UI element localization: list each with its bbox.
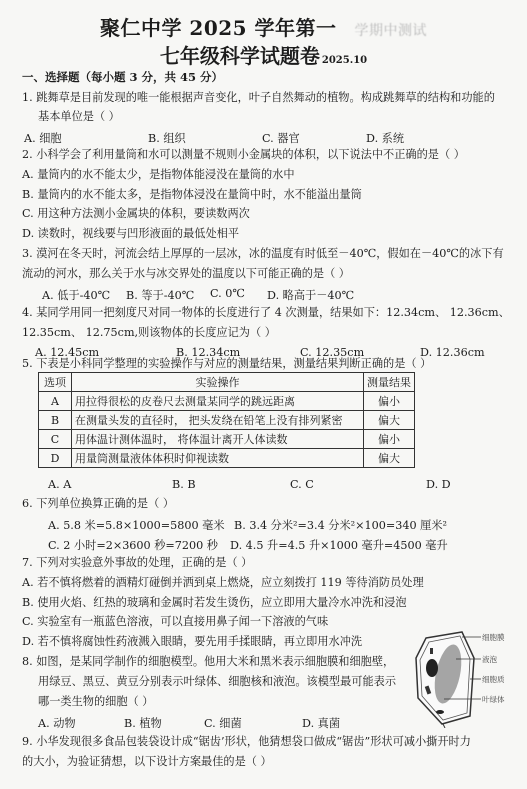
q8-option-b[interactable]: B. 植物 <box>124 715 162 731</box>
q2-option-a[interactable]: A. 量筒内的水不能太少，是指物体能浸没在量筒的水中 <box>22 168 295 182</box>
q5-option-d[interactable]: D. D <box>426 478 451 491</box>
col-header-option: 选项 <box>39 373 72 392</box>
row-result: 偏小 <box>364 392 415 411</box>
exam-title-line1: 聚仁中学 2025 学年第一学期中测试 <box>0 12 527 41</box>
q3-option-a[interactable]: A. 低于-40℃ <box>42 287 110 303</box>
q3-stem-line2: 流动的河水，那么关于水与冰交界处的温度以下可能正确的是（ ） <box>22 267 350 281</box>
q7-option-b[interactable]: B. 使用火焰、红热的玻璃和金属时若发生烫伤，应立即用大量冷水冲洗和浸泡 <box>22 596 407 610</box>
q5-option-a[interactable]: A. A <box>48 478 71 491</box>
row-option: D <box>39 449 72 468</box>
q1-stem-line2: 基本单位是（ ） <box>38 110 120 124</box>
row-option: A <box>39 392 72 411</box>
q2-option-b[interactable]: B. 量筒内的水不能太多，是指物体浸没在量筒中时，水不能溢出量筒 <box>22 188 362 202</box>
row-operation: 用量筒测量液体体积时仰视读数 <box>72 449 364 468</box>
q6-option-b[interactable]: B. 3.4 分米²=3.4 分米²×100=340 厘米² <box>234 517 447 533</box>
exam-date: 2025.10 <box>322 55 367 66</box>
q8-option-d[interactable]: D. 真菌 <box>302 715 340 731</box>
q8-stem-line3: 哪一类生物的细胞（ ） <box>38 695 153 709</box>
q1-option-b[interactable]: B. 组织 <box>148 130 186 146</box>
q4-stem-line2: 12.35cm、 12.75cm,则该物体的长度应记为（ ） <box>22 326 276 340</box>
row-option: B <box>39 411 72 430</box>
q8-stem-line1: 8. 如图，是某同学制作的细胞模型。他用大米和黑米表示细胞膜和细胞壁， <box>22 655 394 669</box>
label-leader-lines <box>412 628 492 728</box>
q9-stem-line1: 9. 小华发现很多食品包装袋设计成“锯齿’形状，他猜想袋口做成“锯齿”形状可减小… <box>22 735 471 749</box>
row-result: 偏小 <box>364 430 415 449</box>
q5-stem: 5. 下表是小科同学整理的实验操作与对应的测量结果，测量结果判断正确的是（ ） <box>22 357 431 371</box>
q4-stem-line1: 4. 某同学用同一把刻度尺对同一物体的长度进行了 4 次测量，结果如下：12.3… <box>22 306 510 320</box>
exam-subject-title: 七年级科学试题卷 <box>160 44 320 68</box>
q5-option-c[interactable]: C. C <box>290 478 314 491</box>
table-row: D 用量筒测量液体体积时仰视读数 偏大 <box>39 449 415 468</box>
q1-option-c[interactable]: C. 器官 <box>262 130 300 146</box>
q2-option-d[interactable]: D. 读数时，视线要与凹形液面的最低处相平 <box>22 227 239 241</box>
q5-option-b[interactable]: B. B <box>172 478 196 491</box>
q8-option-a[interactable]: A. 动物 <box>38 715 76 731</box>
q3-option-b[interactable]: B. 等于-40℃ <box>126 287 194 303</box>
school-year-title: 聚仁中学 2025 学年第一 <box>100 16 337 40</box>
q1-option-d[interactable]: D. 系统 <box>366 130 404 146</box>
q3-stem-line1: 3. 漠河在冬天时，河流会结上厚厚的一层冰，冰的温度有时低至－40℃，假如在－4… <box>22 247 504 261</box>
q1-stem-line1: 1. 跳舞草是目前发现的唯一能根据声音变化，叶子自然舞动的植物。构成跳舞草的结构… <box>22 91 495 105</box>
col-header-operation: 实验操作 <box>72 373 364 392</box>
q7-option-d[interactable]: D. 若不慎将腐蚀性药液溅入眼睛，要先用手揉眼睛，再立即用水冲洗 <box>22 635 362 649</box>
plant-cell-diagram: 细胞膜 液泡 细胞质 叶绿体 <box>412 628 527 728</box>
q2-option-c[interactable]: C. 用这种方法测小金属块的体积，要读数两次 <box>22 207 250 221</box>
row-operation: 在测量头发的直径时， 把头发绕在铅笔上没有排列紧密 <box>72 411 364 430</box>
q6-option-c[interactable]: C. 2 小时=2×3600 秒=7200 秒 <box>48 537 218 553</box>
row-option: C <box>39 430 72 449</box>
row-operation: 用体温计测体温时， 将体温计离开人体读数 <box>72 430 364 449</box>
q2-stem: 2. 小科学会了利用量筒和水可以测量不规则小金属块的体积，以下说法中不正确的是（… <box>22 148 465 162</box>
exam-title-line2: 七年级科学试题卷2025.10 <box>0 40 527 69</box>
exam-page: 聚仁中学 2025 学年第一学期中测试 七年级科学试题卷2025.10 一、选择… <box>0 0 527 789</box>
q1-option-a[interactable]: A. 细胞 <box>24 130 62 146</box>
q3-option-d[interactable]: D. 略高于－40℃ <box>267 287 354 303</box>
col-header-result: 测量结果 <box>364 373 415 392</box>
table-header-row: 选项 实验操作 测量结果 <box>39 373 415 392</box>
q7-stem: 7. 下列对实验意外事故的处理，正确的是（ ） <box>22 556 252 570</box>
q8-stem-line2: 用绿豆、黑豆、黄豆分别表示叶绿体、细胞核和液泡。该模型最可能表示 <box>38 675 396 689</box>
q9-stem-line2: 的大小，为验证猜想，以下设计方案最佳的是（ ） <box>22 755 272 769</box>
erased-subtitle: 学期中测试 <box>355 23 428 39</box>
q3-option-c[interactable]: C. 0℃ <box>210 287 245 300</box>
row-result: 偏大 <box>364 449 415 468</box>
table-row: A 用拉得很松的皮卷尺去测量某同学的跳远距离 偏小 <box>39 392 415 411</box>
q8-option-c[interactable]: C. 细菌 <box>204 715 242 731</box>
q7-option-a[interactable]: A. 若不慎将燃着的酒精灯碰倒并洒到桌上燃烧，应立刻拨打 119 等待消防员处理 <box>22 576 424 590</box>
q6-option-d[interactable]: D. 4.5 升=4.5 升×1000 毫升=4500 毫升 <box>230 537 448 553</box>
q5-experiment-table: 选项 实验操作 测量结果 A 用拉得很松的皮卷尺去测量某同学的跳远距离 偏小 B… <box>38 372 415 468</box>
q6-option-a[interactable]: A. 5.8 米=5.8×1000=5800 毫米 <box>48 517 225 533</box>
q6-stem: 6. 下列单位换算正确的是（ ） <box>22 497 174 511</box>
section-heading: 一、选择题（每小题 3 分，共 45 分） <box>22 70 223 84</box>
row-result: 偏大 <box>364 411 415 430</box>
row-operation: 用拉得很松的皮卷尺去测量某同学的跳远距离 <box>72 392 364 411</box>
table-row: C 用体温计测体温时， 将体温计离开人体读数 偏小 <box>39 430 415 449</box>
table-row: B 在测量头发的直径时， 把头发绕在铅笔上没有排列紧密 偏大 <box>39 411 415 430</box>
q7-option-c[interactable]: C. 实验室有一瓶蓝色溶液，可以直接用鼻子闻一下溶液的气味 <box>22 615 328 629</box>
